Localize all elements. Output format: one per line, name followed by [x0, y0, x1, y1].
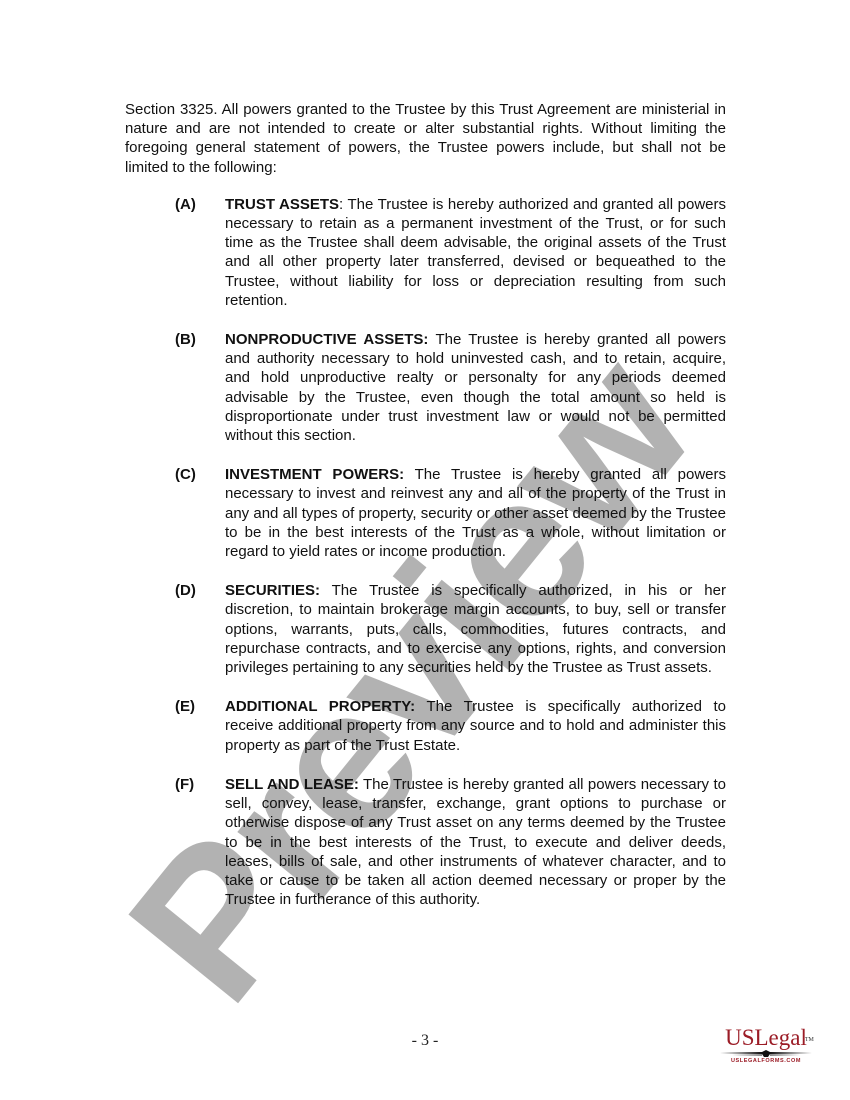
logo-wordmark: USLegalTM: [725, 1026, 807, 1050]
document-page: Preview Section 3325. All powers granted…: [0, 0, 850, 1100]
item-letter: (E): [175, 697, 195, 716]
item-letter: (B): [175, 330, 196, 349]
logo-trademark: TM: [805, 1028, 814, 1052]
logo-url: USLEGALFORMS.COM: [708, 1058, 824, 1065]
item-title: INVESTMENT POWERS:: [225, 466, 404, 483]
power-item-investment-powers: (C) INVESTMENT POWERS: The Trustee is he…: [125, 465, 726, 561]
power-item-trust-assets: (A) TRUST ASSETS: The Trustee is hereby …: [125, 195, 726, 310]
item-title: SECURITIES:: [225, 582, 320, 599]
power-item-additional-property: (E) ADDITIONAL PROPERTY: The Trustee is …: [125, 697, 726, 755]
item-title: SELL AND LEASE:: [225, 776, 359, 793]
item-title: TRUST ASSETS: [225, 196, 339, 213]
item-letter: (F): [175, 775, 194, 794]
item-letter: (A): [175, 195, 196, 214]
item-body: SELL AND LEASE: The Trustee is hereby gr…: [225, 775, 726, 909]
item-title: ADDITIONAL PROPERTY:: [225, 698, 415, 715]
power-item-nonproductive-assets: (B) NONPRODUCTIVE ASSETS: The Trustee is…: [125, 330, 726, 445]
item-body: TRUST ASSETS: The Trustee is hereby auth…: [225, 195, 726, 310]
document-content: Section 3325. All powers granted to the …: [125, 100, 726, 909]
uslegal-logo[interactable]: USLegalTM USLEGALFORMS.COM: [708, 1026, 824, 1070]
eagle-icon: [718, 1050, 814, 1058]
item-body: INVESTMENT POWERS: The Trustee is hereby…: [225, 465, 726, 561]
item-text: The Trustee is hereby granted all powers…: [225, 776, 726, 908]
logo-name: USLegal: [725, 1025, 807, 1050]
power-item-securities: (D) SECURITIES: The Trustee is specifica…: [125, 581, 726, 677]
item-title: NONPRODUCTIVE ASSETS:: [225, 331, 428, 348]
item-body: ADDITIONAL PROPERTY: The Trustee is spec…: [225, 697, 726, 755]
section-intro: Section 3325. All powers granted to the …: [125, 100, 726, 177]
item-letter: (D): [175, 581, 196, 600]
item-letter: (C): [175, 465, 196, 484]
item-body: SECURITIES: The Trustee is specifically …: [225, 581, 726, 677]
power-item-sell-and-lease: (F) SELL AND LEASE: The Trustee is hereb…: [125, 775, 726, 909]
item-body: NONPRODUCTIVE ASSETS: The Trustee is her…: [225, 330, 726, 445]
